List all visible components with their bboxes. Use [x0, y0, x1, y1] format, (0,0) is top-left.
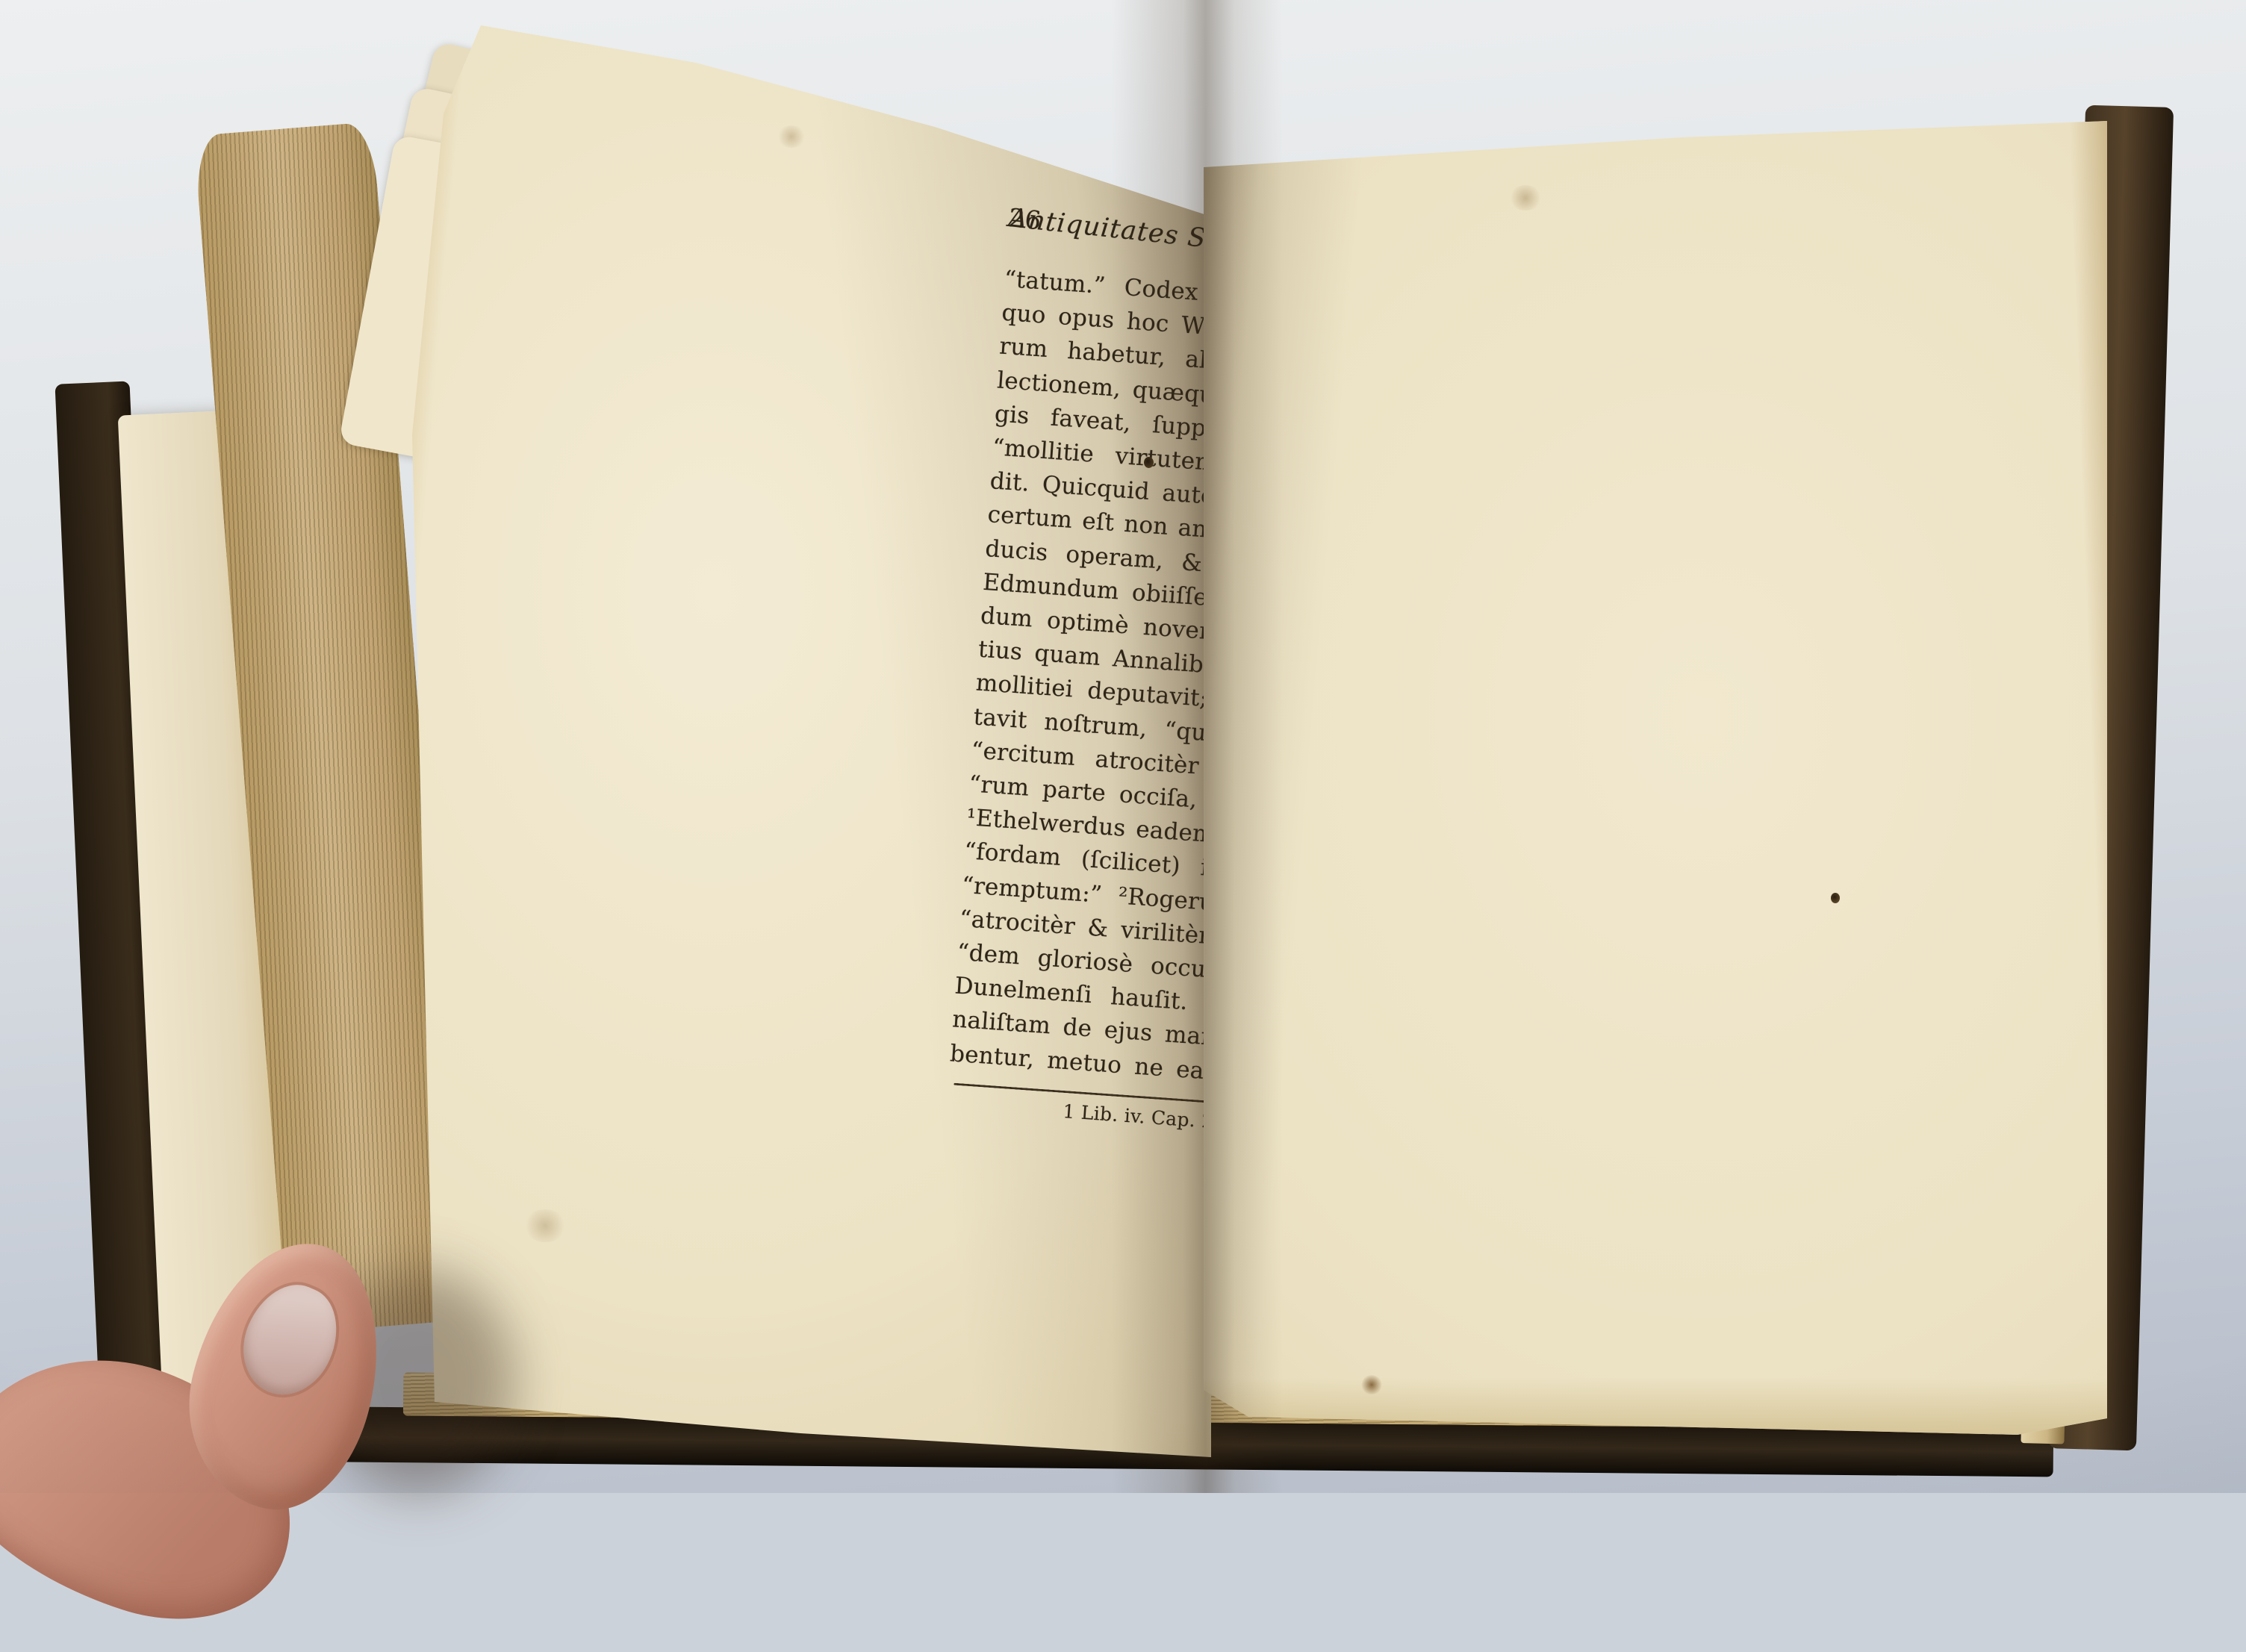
- right-page: Antiquitates S. Edmundi Burgi. 27 Interp…: [1204, 121, 2107, 1444]
- thumbnail-nail: [228, 1271, 352, 1409]
- photo-backdrop: 26 Antiquitates S. Edmundi Burgi. “tatum…: [0, 0, 2246, 1493]
- left-page: 26 Antiquitates S. Edmundi Burgi. “tatum…: [412, 16, 1211, 1457]
